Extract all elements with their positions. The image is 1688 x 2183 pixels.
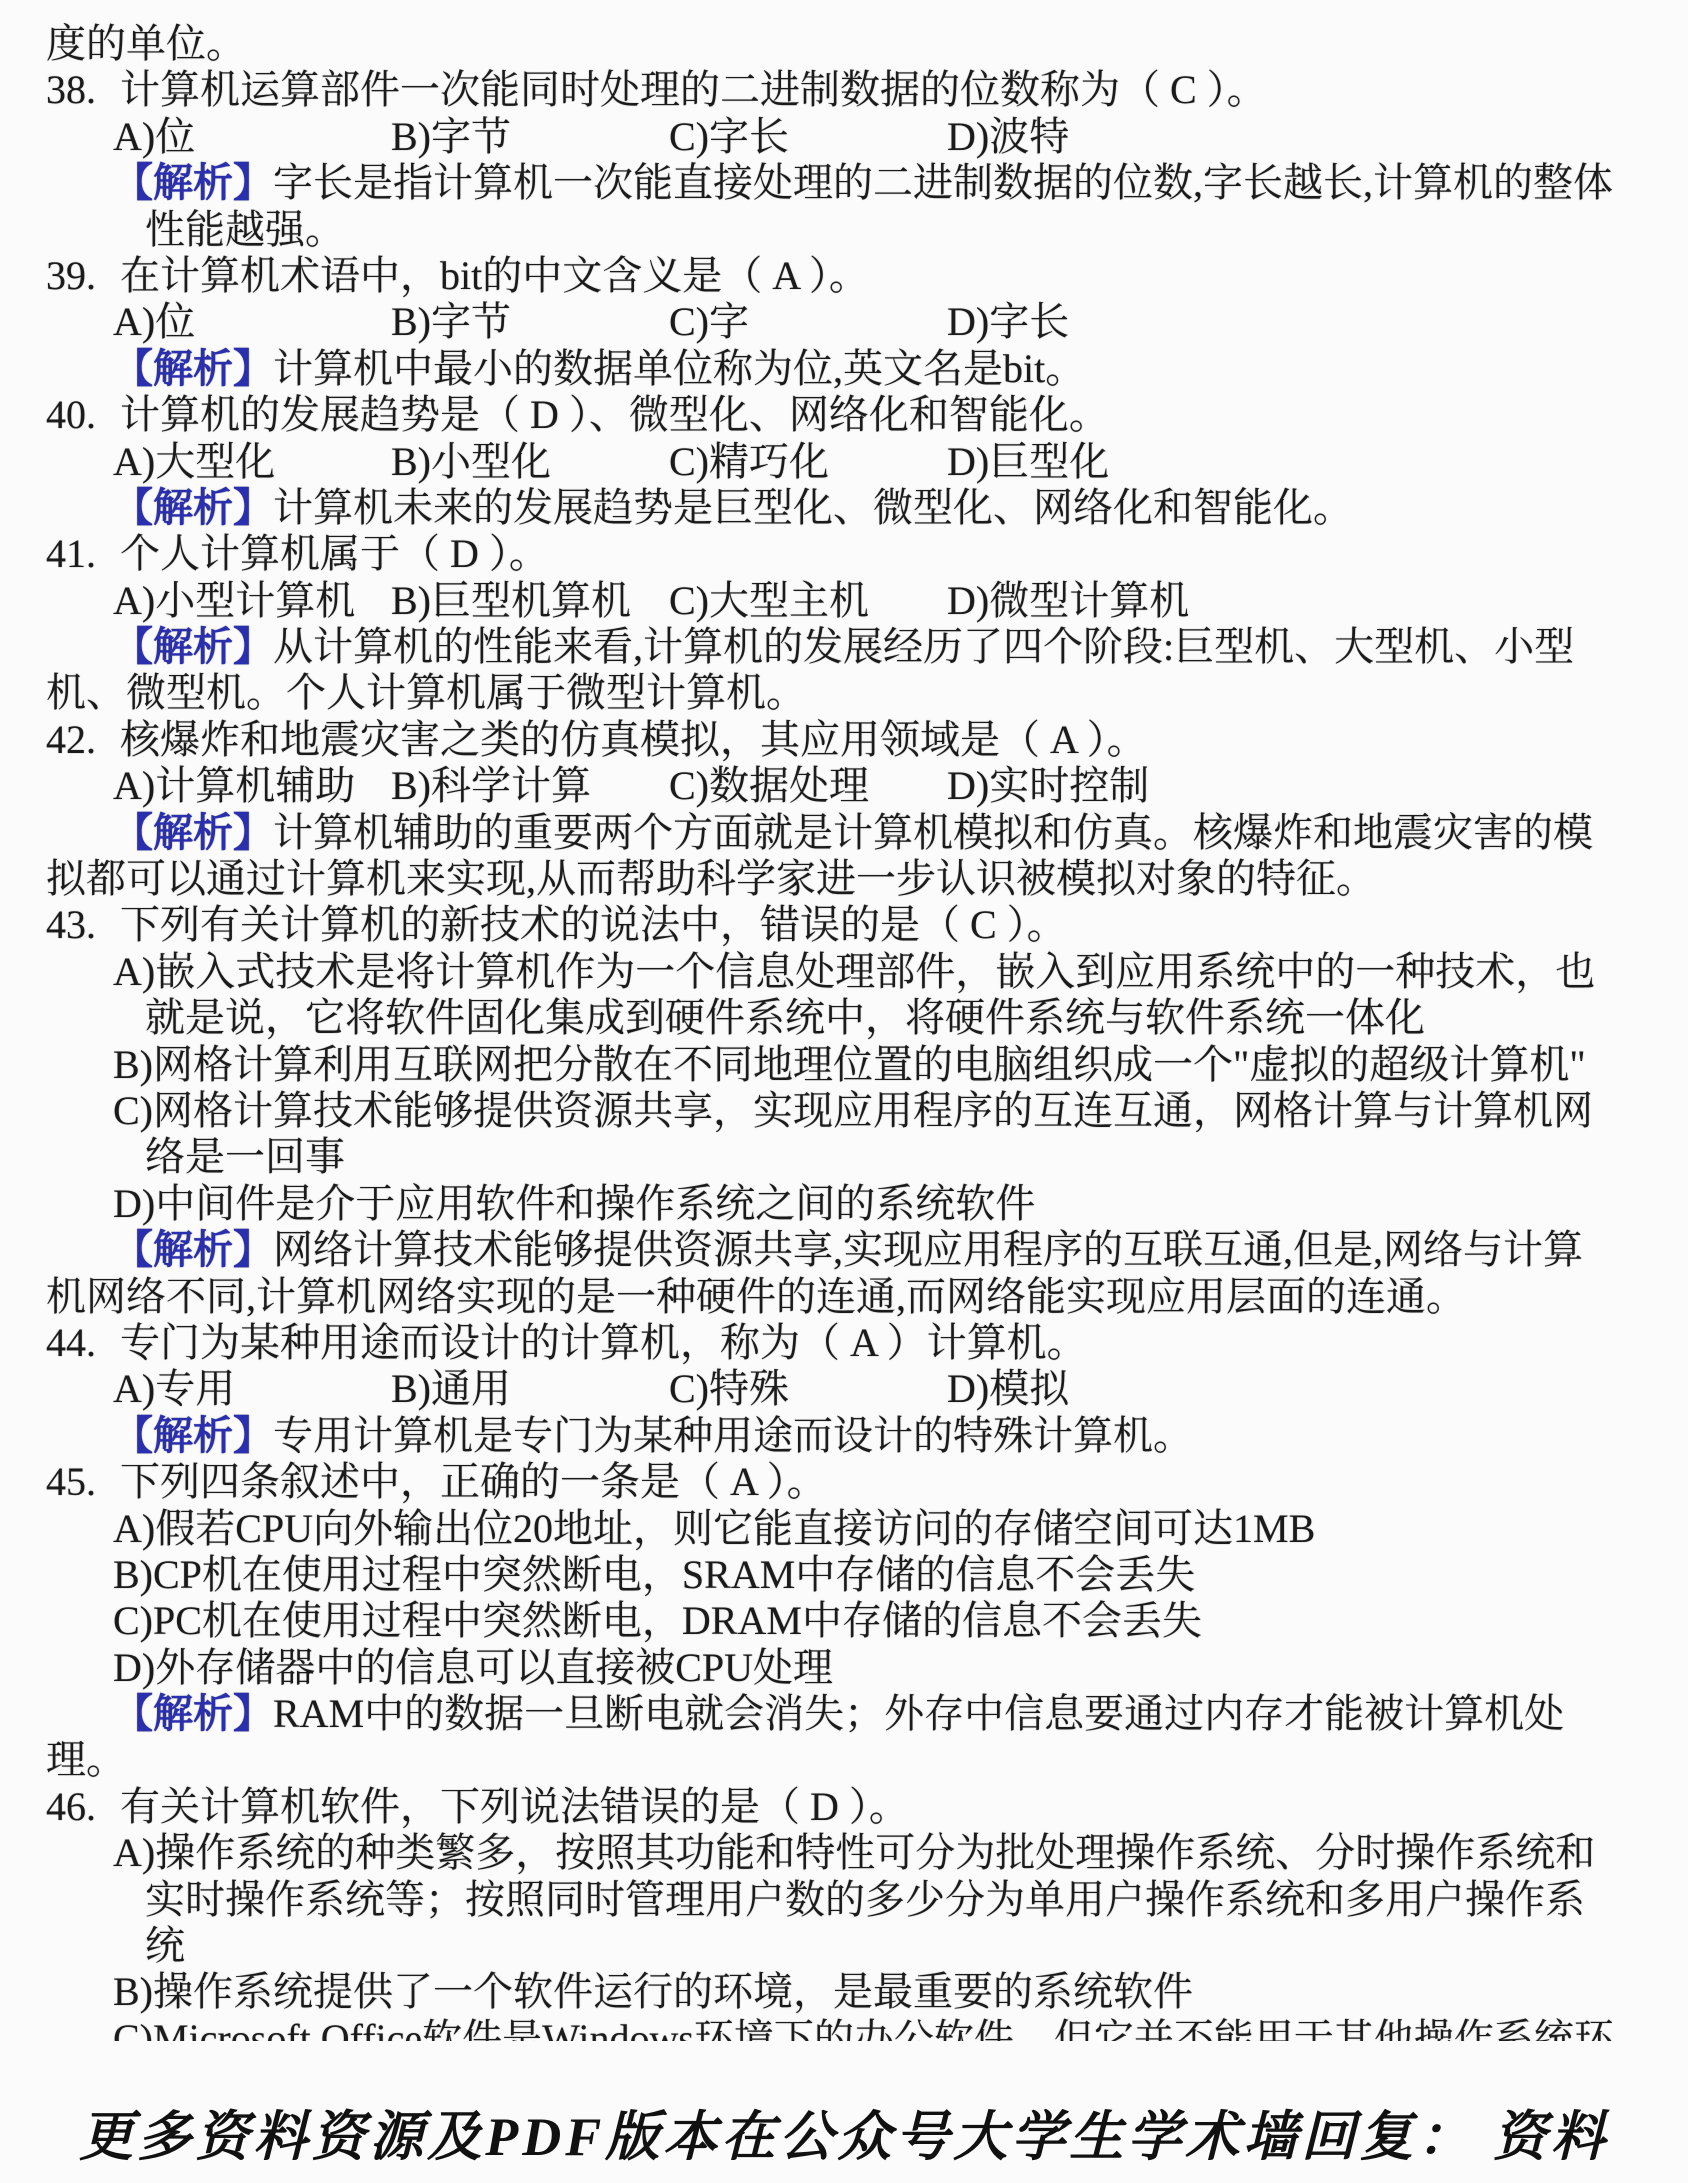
option-item: D)字长	[947, 299, 1225, 345]
question-stem: 有关计算机软件，下列说法错误的是（ D ）。	[120, 1784, 909, 1830]
text-line: D)中间件是介于应用软件和操作系统之间的系统软件	[0, 1181, 1688, 1227]
option-item: B)通用	[391, 1366, 669, 1412]
option-item: B)科学计算	[391, 763, 669, 809]
option-item: C)精巧化	[669, 439, 947, 485]
text-line: B)操作系统提供了一个软件运行的环境，是最重要的系统软件	[0, 1969, 1688, 2015]
option-item: D)微型计算机	[947, 578, 1225, 624]
analysis-label: 【解析】	[113, 1413, 273, 1458]
analysis-label: 【解析】	[113, 160, 273, 205]
footer-note: 更多资料资源及PDF版本在公众号大学生学术墙回复： 资料	[0, 2094, 1688, 2171]
analysis-line: 【解析】网络计算技术能够提供资源共享,实现应用程序的互联互通,但是,网络与计算	[0, 1227, 1688, 1273]
question-line: 40.计算机的发展趋势是（ D ）、微型化、网络化和智能化。	[0, 392, 1688, 438]
text-line: 拟都可以通过计算机来实现,从而帮助科学家进一步认识被模拟对象的特征。	[0, 856, 1688, 902]
question-stem: 在计算机术语中，bit的中文含义是（ A ）。	[120, 253, 869, 299]
analysis-text: 计算机未来的发展趋势是巨型化、微型化、网络化和智能化。	[273, 485, 1353, 530]
option-item: A)专用	[113, 1366, 391, 1412]
analysis-text: 从计算机的性能来看,计算机的发展经历了四个阶段:巨型机、大型机、小型	[273, 624, 1574, 669]
analysis-text: 计算机辅助的重要两个方面就是计算机模拟和仿真。核爆炸和地震灾害的模	[273, 810, 1593, 855]
options-row: A)小型计算机B)巨型机算机C)大型主机D)微型计算机	[0, 578, 1688, 624]
analysis-label: 【解析】	[113, 624, 273, 669]
option-item: D)波特	[947, 114, 1225, 160]
question-stem: 个人计算机属于（ D ）。	[120, 531, 549, 577]
text-line: A)假若CPU向外输出位20地址，则它能直接访问的存储空间可达1MB	[0, 1506, 1688, 1552]
question-number: 42.	[46, 717, 120, 763]
text-line: 统	[0, 1923, 1688, 1969]
option-item: B)字节	[391, 299, 669, 345]
text-line: A)嵌入式技术是将计算机作为一个信息处理部件，嵌入到应用系统中的一种技术，也	[0, 949, 1688, 995]
text-line: 就是说，它将软件固化集成到硬件系统中，将硬件系统与软件系统一体化	[0, 995, 1688, 1041]
analysis-line: 【解析】字长是指计算机一次能直接处理的二进制数据的位数,字长越长,计算机的整体	[0, 160, 1688, 206]
text-line: 机、微型机。个人计算机属于微型计算机。	[0, 670, 1688, 716]
analysis-text: 网络计算技术能够提供资源共享,实现应用程序的互联互通,但是,网络与计算	[273, 1227, 1583, 1272]
text-line: 性能越强。	[0, 207, 1688, 253]
question-line: 46.有关计算机软件，下列说法错误的是（ D ）。	[0, 1784, 1688, 1830]
analysis-line: 【解析】专用计算机是专门为某种用途而设计的特殊计算机。	[0, 1413, 1688, 1459]
question-line: 45.下列四条叙述中，正确的一条是（ A ）。	[0, 1459, 1688, 1505]
question-line: 41.个人计算机属于（ D ）。	[0, 531, 1688, 577]
question-number: 40.	[46, 392, 120, 438]
question-stem: 下列有关计算机的新技术的说法中，错误的是（ C ）。	[120, 902, 1067, 948]
text-line: B)CP机在使用过程中突然断电，SRAM中存储的信息不会丢失	[0, 1552, 1688, 1598]
option-item: D)实时控制	[947, 763, 1225, 809]
document-page: 度的单位。38.计算机运算部件一次能同时处理的二进制数据的位数称为（ C ）。A…	[0, 0, 1688, 2183]
option-item: A)大型化	[113, 439, 391, 485]
question-number: 38.	[46, 67, 120, 113]
question-line: 42.核爆炸和地震灾害之类的仿真模拟，其应用领域是（ A ）。	[0, 717, 1688, 763]
question-number: 44.	[46, 1320, 120, 1366]
analysis-line: 【解析】计算机辅助的重要两个方面就是计算机模拟和仿真。核爆炸和地震灾害的模	[0, 810, 1688, 856]
text-line: 机网络不同,计算机网络实现的是一种硬件的连通,而网络能实现应用层面的连通。	[0, 1274, 1688, 1320]
text-line: C)PC机在使用过程中突然断电，DRAM中存储的信息不会丢失	[0, 1598, 1688, 1644]
question-line: 43.下列有关计算机的新技术的说法中，错误的是（ C ）。	[0, 902, 1688, 948]
analysis-label: 【解析】	[113, 1691, 273, 1736]
text-line: A)操作系统的种类繁多，按照其功能和特性可分为批处理操作系统、分时操作系统和	[0, 1830, 1688, 1876]
option-item: D)模拟	[947, 1366, 1225, 1412]
question-line: 39.在计算机术语中，bit的中文含义是（ A ）。	[0, 253, 1688, 299]
options-row: A)计算机辅助B)科学计算C)数据处理D)实时控制	[0, 763, 1688, 809]
option-item: B)小型化	[391, 439, 669, 485]
exam-text-body: 度的单位。38.计算机运算部件一次能同时处理的二进制数据的位数称为（ C ）。A…	[0, 21, 1688, 2041]
option-item: C)数据处理	[669, 763, 947, 809]
option-item: D)巨型化	[947, 439, 1225, 485]
option-item: C)字长	[669, 114, 947, 160]
option-item: B)巨型机算机	[391, 578, 669, 624]
analysis-label: 【解析】	[113, 485, 273, 530]
analysis-label: 【解析】	[113, 810, 273, 855]
option-item: A)计算机辅助	[113, 763, 391, 809]
text-line: 络是一回事	[0, 1134, 1688, 1180]
analysis-line: 【解析】计算机未来的发展趋势是巨型化、微型化、网络化和智能化。	[0, 485, 1688, 531]
question-number: 43.	[46, 902, 120, 948]
question-number: 46.	[46, 1784, 120, 1830]
text-line: B)网格计算利用互联网把分散在不同地理位置的电脑组织成一个"虚拟的超级计算机"	[0, 1042, 1688, 1088]
analysis-text: RAM中的数据一旦断电就会消失；外存中信息要通过内存才能被计算机处	[273, 1691, 1564, 1736]
analysis-line: 【解析】计算机中最小的数据单位称为位,英文名是bit。	[0, 346, 1688, 392]
text-line: 度的单位。	[0, 21, 1688, 67]
analysis-line: 【解析】从计算机的性能来看,计算机的发展经历了四个阶段:巨型机、大型机、小型	[0, 624, 1688, 670]
option-item: A)位	[113, 114, 391, 160]
options-row: A)大型化B)小型化C)精巧化D)巨型化	[0, 439, 1688, 485]
question-stem: 核爆炸和地震灾害之类的仿真模拟，其应用领域是（ A ）。	[120, 717, 1147, 763]
option-item: C)特殊	[669, 1366, 947, 1412]
text-line: 理。	[0, 1737, 1688, 1783]
question-number: 41.	[46, 531, 120, 577]
option-item: A)位	[113, 299, 391, 345]
options-row: A)位B)字节C)字D)字长	[0, 299, 1688, 345]
option-item: B)字节	[391, 114, 669, 160]
text-line: C)Microsoft Office软件是Windows环境下的办公软件，但它并…	[0, 2016, 1688, 2041]
option-item: C)字	[669, 299, 947, 345]
question-number: 39.	[46, 253, 120, 299]
analysis-label: 【解析】	[113, 346, 273, 391]
text-line: C)网格计算技术能够提供资源共享，实现应用程序的互连互通，网格计算与计算机网	[0, 1088, 1688, 1134]
options-row: A)位B)字节C)字长D)波特	[0, 114, 1688, 160]
analysis-text: 专用计算机是专门为某种用途而设计的特殊计算机。	[273, 1413, 1193, 1458]
text-line: 实时操作系统等；按照同时管理用户数的多少分为单用户操作系统和多用户操作系	[0, 1877, 1688, 1923]
option-item: C)大型主机	[669, 578, 947, 624]
text-line: D)外存储器中的信息可以直接被CPU处理	[0, 1645, 1688, 1691]
question-line: 38.计算机运算部件一次能同时处理的二进制数据的位数称为（ C ）。	[0, 67, 1688, 113]
question-number: 45.	[46, 1459, 120, 1505]
question-line: 44.专门为某种用途而设计的计算机，称为（ A ）计算机。	[0, 1320, 1688, 1366]
analysis-text: 计算机中最小的数据单位称为位,英文名是bit。	[273, 346, 1085, 391]
options-row: A)专用B)通用C)特殊D)模拟	[0, 1366, 1688, 1412]
option-item: A)小型计算机	[113, 578, 391, 624]
analysis-text: 字长是指计算机一次能直接处理的二进制数据的位数,字长越长,计算机的整体	[273, 160, 1613, 205]
analysis-label: 【解析】	[113, 1227, 273, 1272]
question-stem: 计算机运算部件一次能同时处理的二进制数据的位数称为（ C ）。	[120, 67, 1267, 113]
analysis-line: 【解析】RAM中的数据一旦断电就会消失；外存中信息要通过内存才能被计算机处	[0, 1691, 1688, 1737]
question-stem: 专门为某种用途而设计的计算机，称为（ A ）计算机。	[120, 1320, 1087, 1366]
question-stem: 计算机的发展趋势是（ D ）、微型化、网络化和智能化。	[120, 392, 1109, 438]
question-stem: 下列四条叙述中，正确的一条是（ A ）。	[120, 1459, 827, 1505]
